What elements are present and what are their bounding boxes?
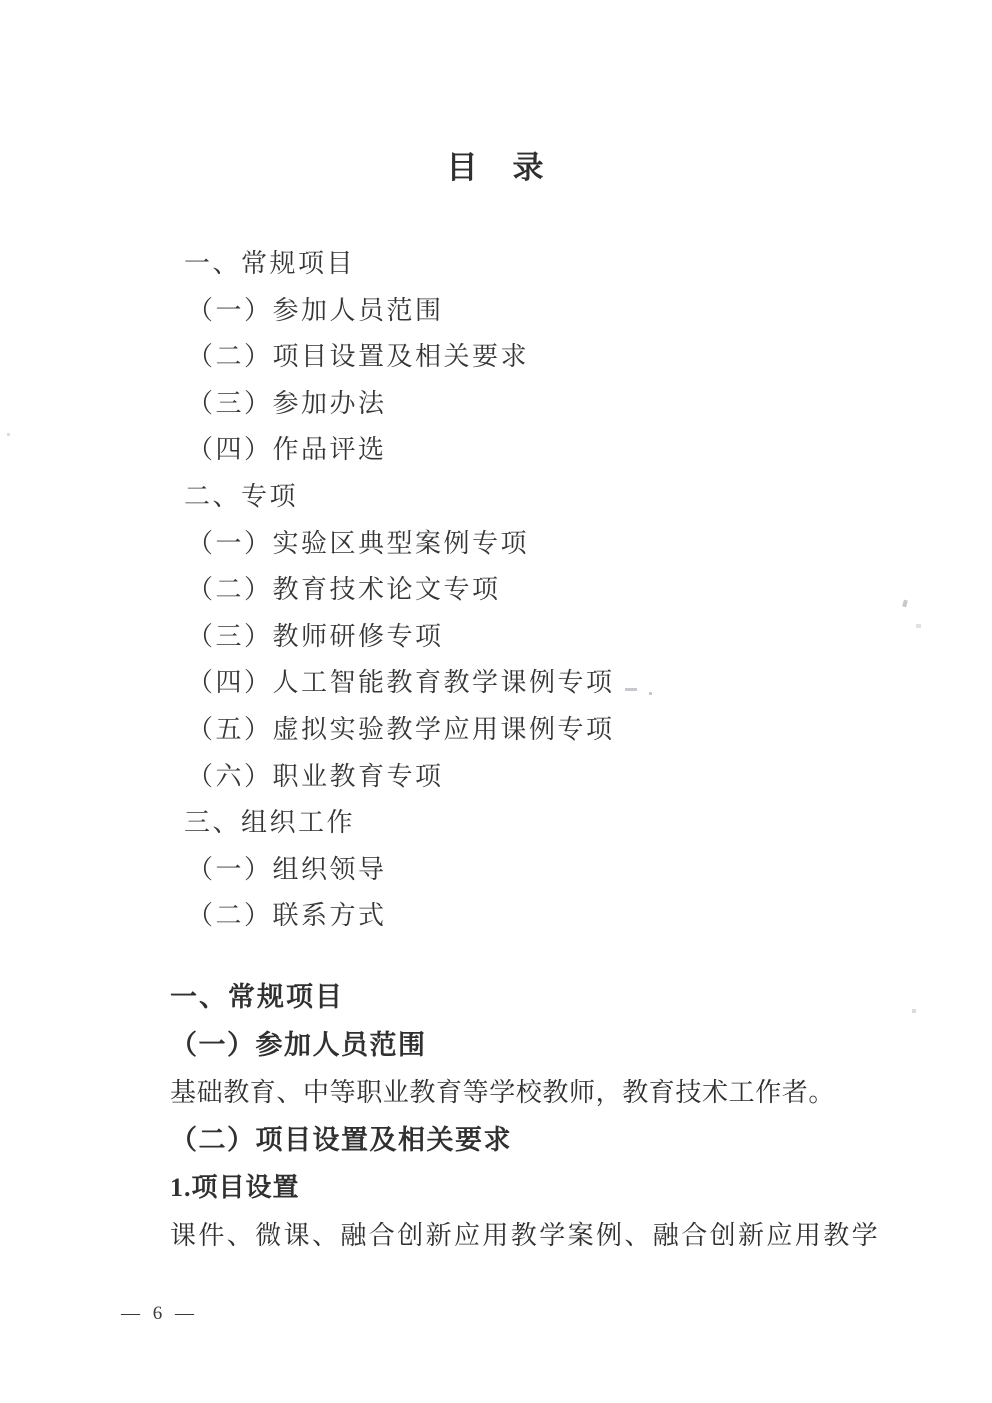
scan-artifact — [7, 433, 10, 436]
numbered-heading: 1.项目设置 — [170, 1164, 862, 1212]
toc-entry: （一）实验区典型案例专项 — [184, 521, 615, 568]
body-paragraph: 课件、微课、融合创新应用教学案例、融合创新应用教学 — [170, 1212, 862, 1260]
toc-entry: （五）虚拟实验教学应用课例专项 — [184, 707, 615, 754]
scan-artifact — [649, 692, 652, 695]
toc-entry: 三、组织工作 — [184, 800, 615, 847]
toc-entry: 一、常规项目 — [184, 241, 615, 288]
toc-entry: （一）参加人员范围 — [184, 288, 615, 335]
toc-entry: （一）组织领导 — [184, 847, 615, 894]
body-paragraph: 基础教育、中等职业教育等学校教师，教育技术工作者。 — [170, 1069, 862, 1117]
page-number: — 6 — — [121, 1303, 198, 1325]
toc-entry: （六）职业教育专项 — [184, 754, 615, 801]
toc-entry: 二、专项 — [184, 474, 615, 521]
toc-entry: （四）作品评选 — [184, 427, 615, 474]
subsection-heading: （二）项目设置及相关要求 — [170, 1117, 862, 1165]
table-of-contents: 一、常规项目 （一）参加人员范围 （二）项目设置及相关要求 （三）参加办法 （四… — [184, 241, 615, 940]
scan-artifact — [902, 600, 908, 608]
toc-entry: （三）教师研修专项 — [184, 614, 615, 661]
toc-entry: （三）参加办法 — [184, 381, 615, 428]
document-page: 目 录 一、常规项目 （一）参加人员范围 （二）项目设置及相关要求 （三）参加办… — [0, 0, 992, 1403]
toc-entry: （二）项目设置及相关要求 — [184, 334, 615, 381]
scan-artifact — [916, 624, 921, 628]
scan-artifact — [625, 688, 637, 691]
toc-entry: （二）联系方式 — [184, 893, 615, 940]
subsection-heading: （一）参加人员范围 — [170, 1022, 862, 1070]
toc-entry: （四）人工智能教育教学课例专项 — [184, 660, 615, 707]
section-heading: 一、常规项目 — [170, 974, 862, 1022]
scan-artifact — [912, 1009, 916, 1013]
document-body: 一、常规项目 （一）参加人员范围 基础教育、中等职业教育等学校教师，教育技术工作… — [170, 974, 862, 1260]
document-title: 目 录 — [0, 142, 992, 187]
toc-entry: （二）教育技术论文专项 — [184, 567, 615, 614]
